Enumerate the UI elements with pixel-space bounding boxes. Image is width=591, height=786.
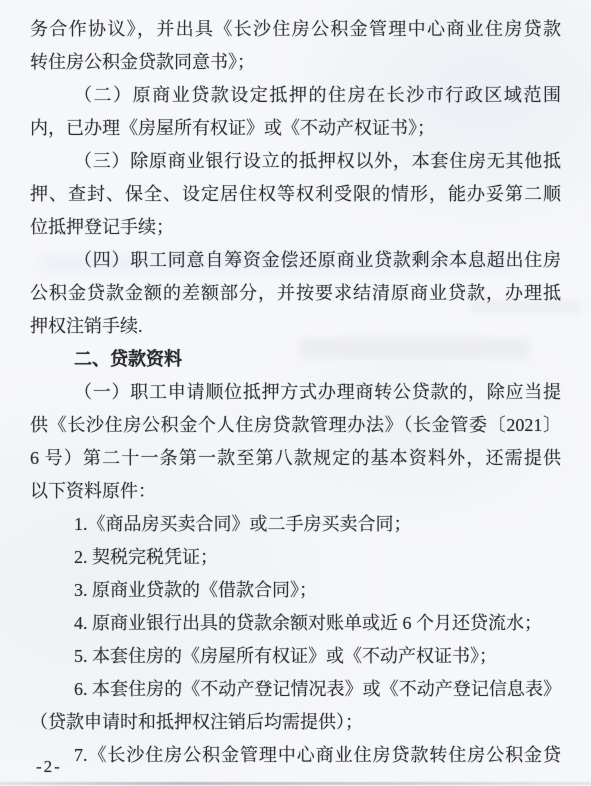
doc-line: 位抵押登记手续； (30, 211, 561, 244)
document-body: 务合作协议》，并出具《长沙住房公积金管理中心商业住房贷款 转住房公积金贷款同意书… (30, 13, 561, 772)
doc-line: （四）职工同意自筹资金偿还原商业贷款剩余本息超出住房 (30, 244, 561, 277)
doc-list-item: 4. 原商业银行出具的贷款余额对账单或近 6 个月还贷流水； (30, 607, 561, 640)
doc-line: 6 号）第二十一条第一款至第八款规定的基本资料外，还需提供 (30, 442, 561, 475)
doc-list-item: 7.《长沙住房公积金管理中心商业住房贷款转住房公积金贷 (30, 739, 561, 772)
doc-line: 押权注销手续. (30, 310, 561, 343)
doc-line: 以下资料原件： (30, 475, 561, 508)
scan-edge-shadow (0, 782, 591, 785)
doc-list-item: 2. 契税完税凭证； (30, 541, 561, 574)
doc-list-item: 5. 本套住房的《房屋所有权证》或《不动产权证书》； (30, 640, 561, 673)
doc-line: 押、查封、保全、设定居住权等权利受限的情形，能办妥第二顺 (30, 178, 561, 211)
doc-list-item: 6. 本套住房的《不动产登记情况表》或《不动产登记信息表》 (30, 673, 561, 706)
doc-list-item: 1.《商品房买卖合同》或二手房买卖合同； (30, 508, 561, 541)
doc-line: 转住房公积金贷款同意书》； (30, 46, 561, 79)
doc-line: （二）原商业贷款设定抵押的住房在长沙市行政区域范围 (30, 79, 561, 112)
doc-line: 公积金贷款金额的差额部分，并按要求结清原商业贷款，办理抵 (30, 277, 561, 310)
section-heading: 二、贷款资料 (30, 343, 561, 376)
doc-list-item: 3. 原商业贷款的《借款合同》； (30, 574, 561, 607)
doc-line: 内，已办理《房屋所有权证》或《不动产权证书》； (30, 112, 561, 145)
doc-line: （三）除原商业银行设立的抵押权以外，本套住房无其他抵 (30, 145, 561, 178)
doc-line: 务合作协议》，并出具《长沙住房公积金管理中心商业住房贷款 (30, 13, 561, 46)
doc-line: （一）职工申请顺位抵押方式办理商转公贷款的，除应当提 (30, 376, 561, 409)
page-number: -2- (36, 755, 62, 779)
doc-line: 供《长沙住房公积金个人住房贷款管理办法》（长金管委〔2021〕 (30, 409, 561, 442)
document-page: 务合作协议》，并出具《长沙住房公积金管理中心商业住房贷款 转住房公积金贷款同意书… (0, 0, 591, 786)
doc-line: （贷款申请时和抵押权注销后均需提供）； (30, 706, 561, 739)
